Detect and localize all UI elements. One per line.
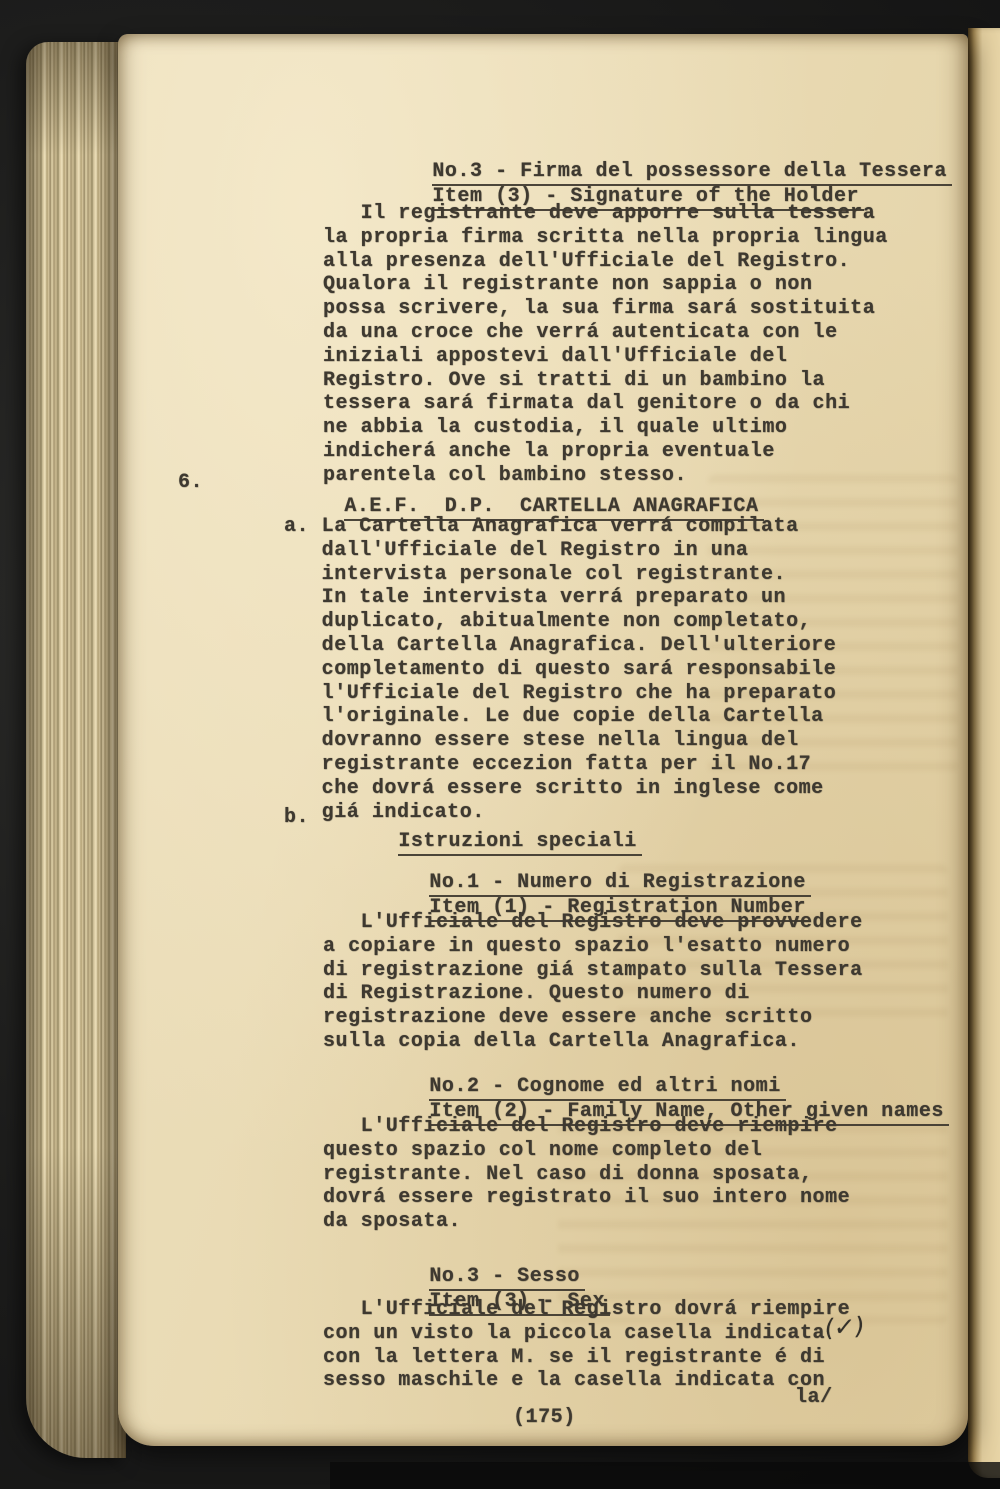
facing-page-edge <box>968 28 1000 1478</box>
paragraph-item2: L'Ufficiale del Registro deve riempire q… <box>323 1115 850 1234</box>
book-page: No.3 - Firma del possessore della Tesser… <box>118 34 968 1446</box>
paragraph-signature: Il registrante deve apporre sulla tesser… <box>323 202 888 488</box>
page-number: (175) <box>513 1406 576 1430</box>
book-photo: No.3 - Firma del possessore della Tesser… <box>0 0 1000 1489</box>
handwritten-check-icon: (✓) <box>824 1314 866 1341</box>
paragraph-item3-sex-anchor: (✓) <box>323 1298 883 1394</box>
section-6-number: 6. <box>178 471 203 495</box>
paragraph-item1: L'Ufficiale del Registro deve provvedere… <box>323 911 863 1054</box>
item-b-label: b. <box>284 806 309 830</box>
catchword: la/ <box>795 1386 833 1410</box>
background-shadow-band <box>330 1462 1000 1489</box>
paragraph-item-a: a. La Cartella Anagrafica verrá compilat… <box>284 515 836 824</box>
page-edge-stack <box>26 42 126 1458</box>
